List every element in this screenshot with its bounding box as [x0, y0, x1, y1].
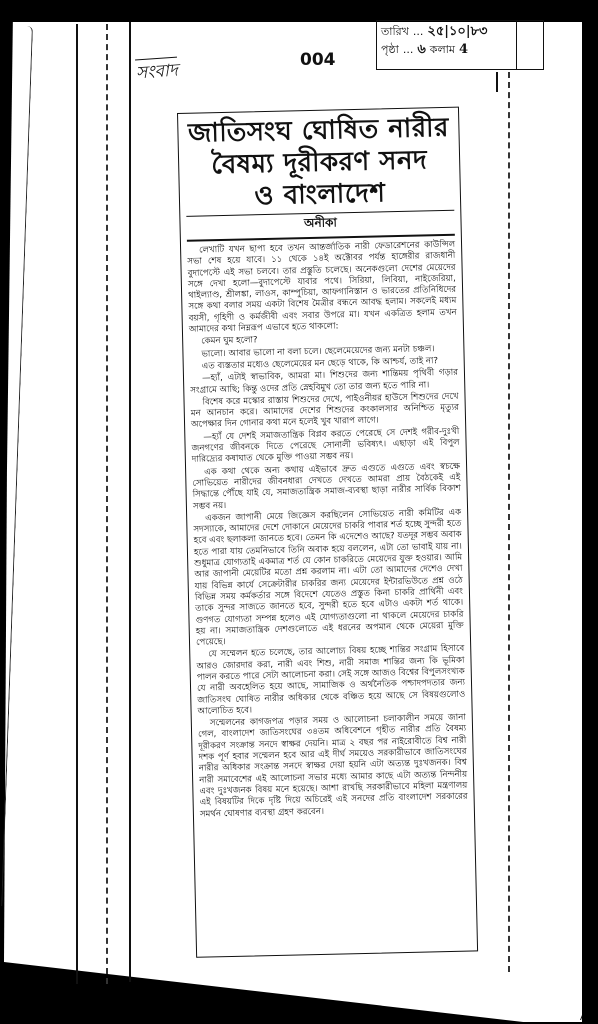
headline: জাতিসংঘ ঘোষিত নারীর বৈষম্য দূরীকরণ সনদ ও… [184, 112, 454, 214]
fold-line-dashed [508, 72, 510, 972]
newspaper-clipping: জাতিসংঘ ঘোষিত নারীর বৈষম্য দূরীকরণ সনদ ও… [177, 107, 478, 958]
fold-line [129, 22, 131, 982]
scan-border [582, 0, 598, 1024]
date-value: ২৫|১০|৮৩ [427, 23, 487, 41]
page-label: পৃষ্ঠা [381, 41, 399, 59]
byline: অনীকা [186, 210, 455, 242]
date-label: তারিখ [381, 23, 409, 41]
stamp-divider [516, 21, 517, 69]
paragraph: লেখাটি যখন ছাপা হবে তখন আন্তর্জাতিক নারী… [187, 240, 457, 336]
paragraph: বিশেষ করে মস্কোর রাস্তায় শিশুদের দেখে, … [190, 392, 459, 432]
article-body: লেখাটি যখন ছাপা হবে তখন আন্তর্জাতিক নারী… [187, 240, 468, 821]
column-value: 4 [459, 41, 468, 59]
paragraph: সম্মেলনের কাগজপত্র পড়ার সময় ও আলোচনা চ… [198, 713, 468, 821]
column-label: কলাম [430, 41, 455, 59]
binding-mark [496, 72, 498, 92]
newspaper-name: সংবাদ [135, 57, 179, 89]
paragraph: একজন জাপানী মেয়ে জিজ্ঞেস করছিলেন সোভিয়… [193, 507, 464, 649]
paragraph: এক কথা থেকে অন্য কথায় এইভাবে দ্রুত এগুত… [192, 461, 461, 512]
paragraph: যে সম্মেলন হতে চলেছে, তার আলোচ্য বিষয় হ… [196, 644, 465, 718]
page-value: ৬ [417, 41, 425, 59]
fold-line-dashed [106, 24, 108, 984]
fold-line [76, 24, 78, 984]
archive-stamp: তারিখ ... ২৫|১০|৮৩ পৃষ্ঠা ... ৬ কলাম 4 [376, 20, 544, 70]
clip-number: 004 [300, 50, 336, 70]
paragraph: —হ্যাঁ যে দেশই সমাজতান্ত্রিক বিপ্লব করতে… [191, 426, 460, 466]
